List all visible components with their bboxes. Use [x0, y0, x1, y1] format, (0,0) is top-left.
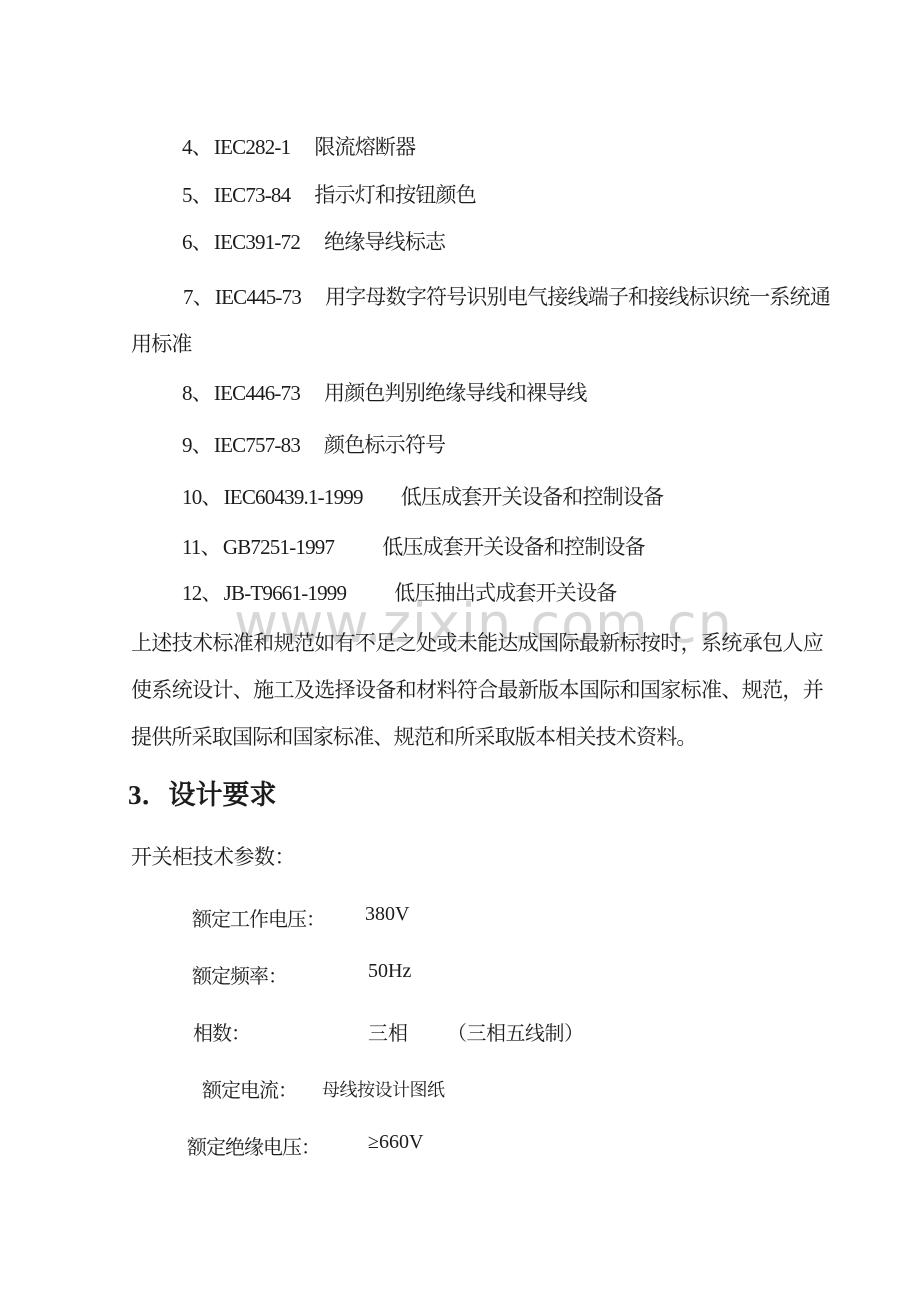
param-value: 三相: [368, 1017, 408, 1046]
standard-title: 绝缘导线标志: [324, 230, 445, 254]
param-label: 额定工作电压：: [192, 903, 325, 932]
param-note: （三相五线制）: [447, 1017, 584, 1046]
standard-number: 9、: [182, 433, 212, 457]
standards-note: 上述技术标准和规范如有不足之处或未能达成国际最新标按时，系统承包人应使系统设计、…: [131, 620, 823, 761]
standard-number: 6、: [182, 230, 212, 254]
standard-code: IEC282-1: [214, 135, 290, 159]
param-label: 额定绝缘电压：: [187, 1131, 320, 1160]
param-row: 额定绝缘电压： ≥660V: [0, 1131, 920, 1157]
standard-title: 限流熔断器: [314, 135, 415, 159]
standard-title: 颜色标示符号: [324, 433, 445, 457]
param-label: 额定电流：: [202, 1074, 297, 1103]
standard-item: 5、IEC73-84指示灯和按钮颜色: [182, 183, 476, 207]
standard-item: 11、GB7251-1997低压成套开关设备和控制设备: [182, 535, 645, 559]
standard-number: 5、: [182, 183, 212, 207]
standard-item: 9、IEC757-83颜色标示符号: [182, 433, 445, 457]
param-value: 母线按设计图纸: [322, 1076, 445, 1102]
params-intro: 开关柜技术参数：: [131, 845, 295, 869]
standard-code: IEC757-83: [214, 433, 300, 457]
standard-title: 低压成套开关设备和控制设备: [401, 485, 664, 509]
standard-number: 8、: [182, 381, 212, 405]
standard-number: 7、: [183, 285, 213, 309]
standard-item: 7、IEC445-73用字母数字符号识别电气接线端子和接线标识统一系统通用标准: [131, 274, 836, 368]
standard-code: IEC73-84: [214, 183, 290, 207]
standard-code: JB-T9661-1999: [224, 581, 347, 605]
standard-code: IEC445-73: [215, 285, 301, 309]
standard-number: 12、: [182, 581, 222, 605]
standard-item: 4、IEC282-1限流熔断器: [182, 135, 415, 159]
standard-item: 6、IEC391-72绝缘导线标志: [182, 230, 445, 254]
param-label: 额定频率：: [192, 960, 287, 989]
standard-number: 11、: [182, 535, 221, 559]
param-label: 相数：: [193, 1017, 250, 1046]
standard-item: 12、JB-T9661-1999低压抽出式成套开关设备: [182, 581, 616, 605]
param-row: 额定工作电压： 380V: [0, 903, 920, 929]
standard-title: 低压抽出式成套开关设备: [394, 581, 616, 605]
standard-title: 用颜色判别绝缘导线和裸导线: [324, 381, 587, 405]
param-value: ≥660V: [368, 1131, 423, 1154]
param-row: 相数： 三相 （三相五线制）: [0, 1017, 920, 1043]
document-page: www.zixin.com.cn 4、IEC282-1限流熔断器 5、IEC73…: [0, 0, 920, 1302]
param-value: 380V: [365, 903, 409, 926]
standard-item: 10、IEC60439.1-1999低压成套开关设备和控制设备: [182, 485, 663, 509]
param-row: 额定频率： 50Hz: [0, 960, 920, 986]
standard-number: 4、: [182, 135, 212, 159]
param-row: 额定电流： 母线按设计图纸: [0, 1074, 920, 1100]
standard-code: IEC446-73: [214, 381, 300, 405]
standard-title: 低压成套开关设备和控制设备: [382, 535, 645, 559]
standard-title: 指示灯和按钮颜色: [314, 183, 476, 207]
standard-code: GB7251-1997: [223, 535, 334, 559]
standard-code: IEC391-72: [214, 230, 300, 254]
standard-code: IEC60439.1-1999: [224, 485, 363, 509]
section-heading: 3．设计要求: [128, 780, 277, 810]
standard-number: 10、: [182, 485, 222, 509]
param-value: 50Hz: [368, 960, 411, 983]
standard-item: 8、IEC446-73用颜色判别绝缘导线和裸导线: [182, 381, 587, 405]
